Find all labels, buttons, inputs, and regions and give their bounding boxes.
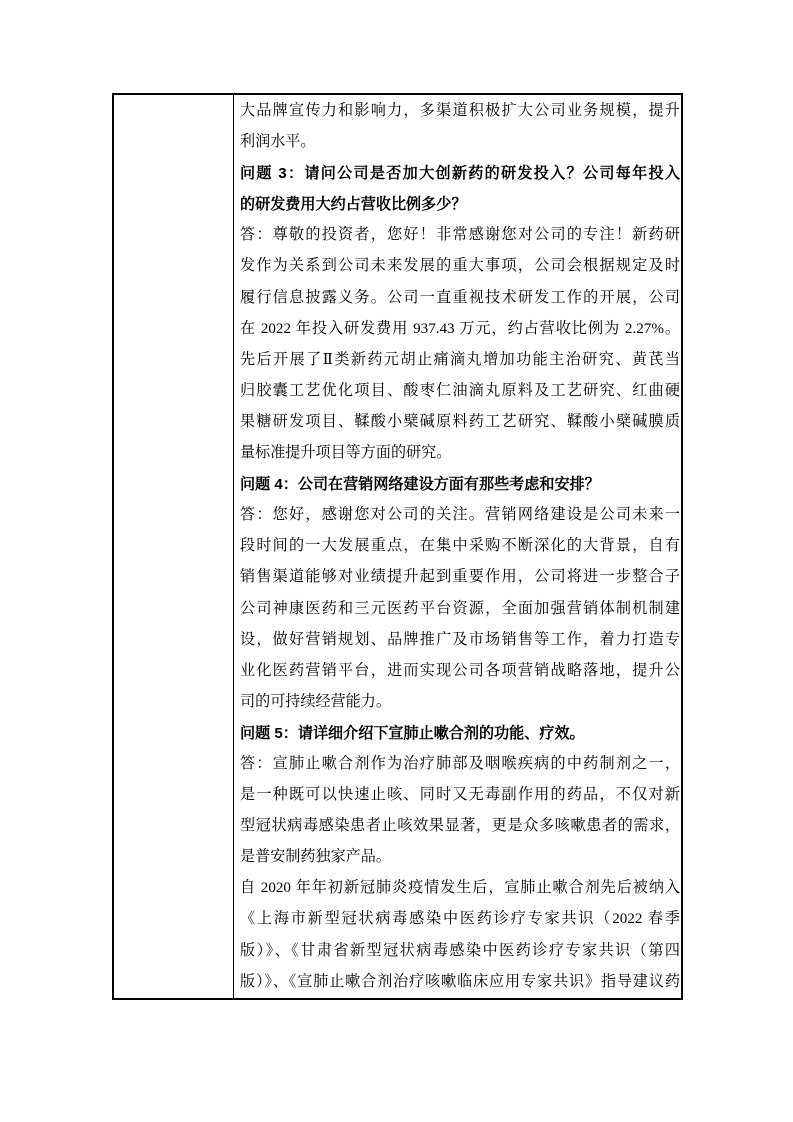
answer-line: 答：尊敬的投资者，您好！非常感谢您对公司的专注！新药研 [240, 220, 680, 251]
question-line: 的研发费用大约占营收比例多少？ [240, 189, 680, 220]
answer-line: 先后开展了Ⅱ类新药元胡止痛滴丸增加功能主治研究、黄芪当 [240, 345, 680, 376]
answer-line: 司的可持续经营能力。 [240, 687, 680, 718]
qa-table: 大品牌宣传力和影响力，多渠道积极扩大公司业务规模，提升利润水平。问题 3：请问公… [112, 93, 683, 1000]
answer-line: 是普安制药独家产品。 [240, 842, 680, 873]
table-left-cell [114, 95, 234, 998]
answer-line: 业化医药营销平台，进而实现公司各项营销战略落地，提升公 [240, 656, 680, 687]
answer-line: 自 2020 年年初新冠肺炎疫情发生后，宣肺止嗽合剂先后被纳入 [240, 873, 680, 904]
answer-line: 发作为关系到公司未来发展的重大事项，公司会根据规定及时 [240, 251, 680, 282]
answer-line: 答：您好，感谢您对公司的关注。营销网络建设是公司未来一 [240, 500, 680, 531]
answer-line: 版）》、《甘肃省新型冠状病毒感染中医药诊疗专家共识（第四 [240, 936, 680, 967]
table-right-cell: 大品牌宣传力和影响力，多渠道积极扩大公司业务规模，提升利润水平。问题 3：请问公… [234, 95, 681, 998]
answer-line: 答：宣肺止嗽合剂作为治疗肺部及咽喉疾病的中药制剂之一， [240, 749, 680, 780]
answer-line: 公司神康医药和三元医药平台资源，全面加强营销体制机制建 [240, 594, 680, 625]
answer-line: 设，做好营销规划、品牌推广及市场销售等工作，着力打造专 [240, 625, 680, 656]
answer-line: 《上海市新型冠状病毒感染中医药诊疗专家共识（2022 春季 [240, 904, 680, 935]
answer-line: 版）》、《宣肺止嗽合剂治疗咳嗽临床应用专家共识》指导建议药 [240, 967, 680, 998]
question-line: 问题 4：公司在营销网络建设方面有那些考虑和安排？ [240, 469, 680, 500]
answer-line: 在 2022 年投入研发费用 937.43 万元，约占营收比例为 2.27%。 [240, 314, 680, 345]
document-page: 大品牌宣传力和影响力，多渠道积极扩大公司业务规模，提升利润水平。问题 3：请问公… [0, 0, 793, 1122]
answer-line: 利润水平。 [240, 127, 680, 158]
answer-line: 大品牌宣传力和影响力，多渠道积极扩大公司业务规模，提升 [240, 96, 680, 127]
answer-line: 果糖研发项目、鞣酸小檗碱原料药工艺研究、鞣酸小檗碱膜质 [240, 407, 680, 438]
answer-line: 是一种既可以快速止咳、同时又无毒副作用的药品，不仅对新 [240, 780, 680, 811]
answer-line: 销售渠道能够对业绩提升起到重要作用，公司将进一步整合子 [240, 562, 680, 593]
answer-line: 归胶囊工艺优化项目、酸枣仁油滴丸原料及工艺研究、红曲硬 [240, 376, 680, 407]
question-line: 问题 3：请问公司是否加大创新药的研发投入？公司每年投入 [240, 158, 680, 189]
answer-line: 量标准提升项目等方面的研究。 [240, 438, 680, 469]
answer-line: 型冠状病毒感染患者止咳效果显著，更是众多咳嗽患者的需求， [240, 811, 680, 842]
answer-line: 履行信息披露义务。公司一直重视技术研发工作的开展，公司 [240, 283, 680, 314]
question-line: 问题 5：请详细介绍下宣肺止嗽合剂的功能、疗效。 [240, 718, 680, 749]
answer-line: 段时间的一大发展重点，在集中采购不断深化的大背景，自有 [240, 531, 680, 562]
